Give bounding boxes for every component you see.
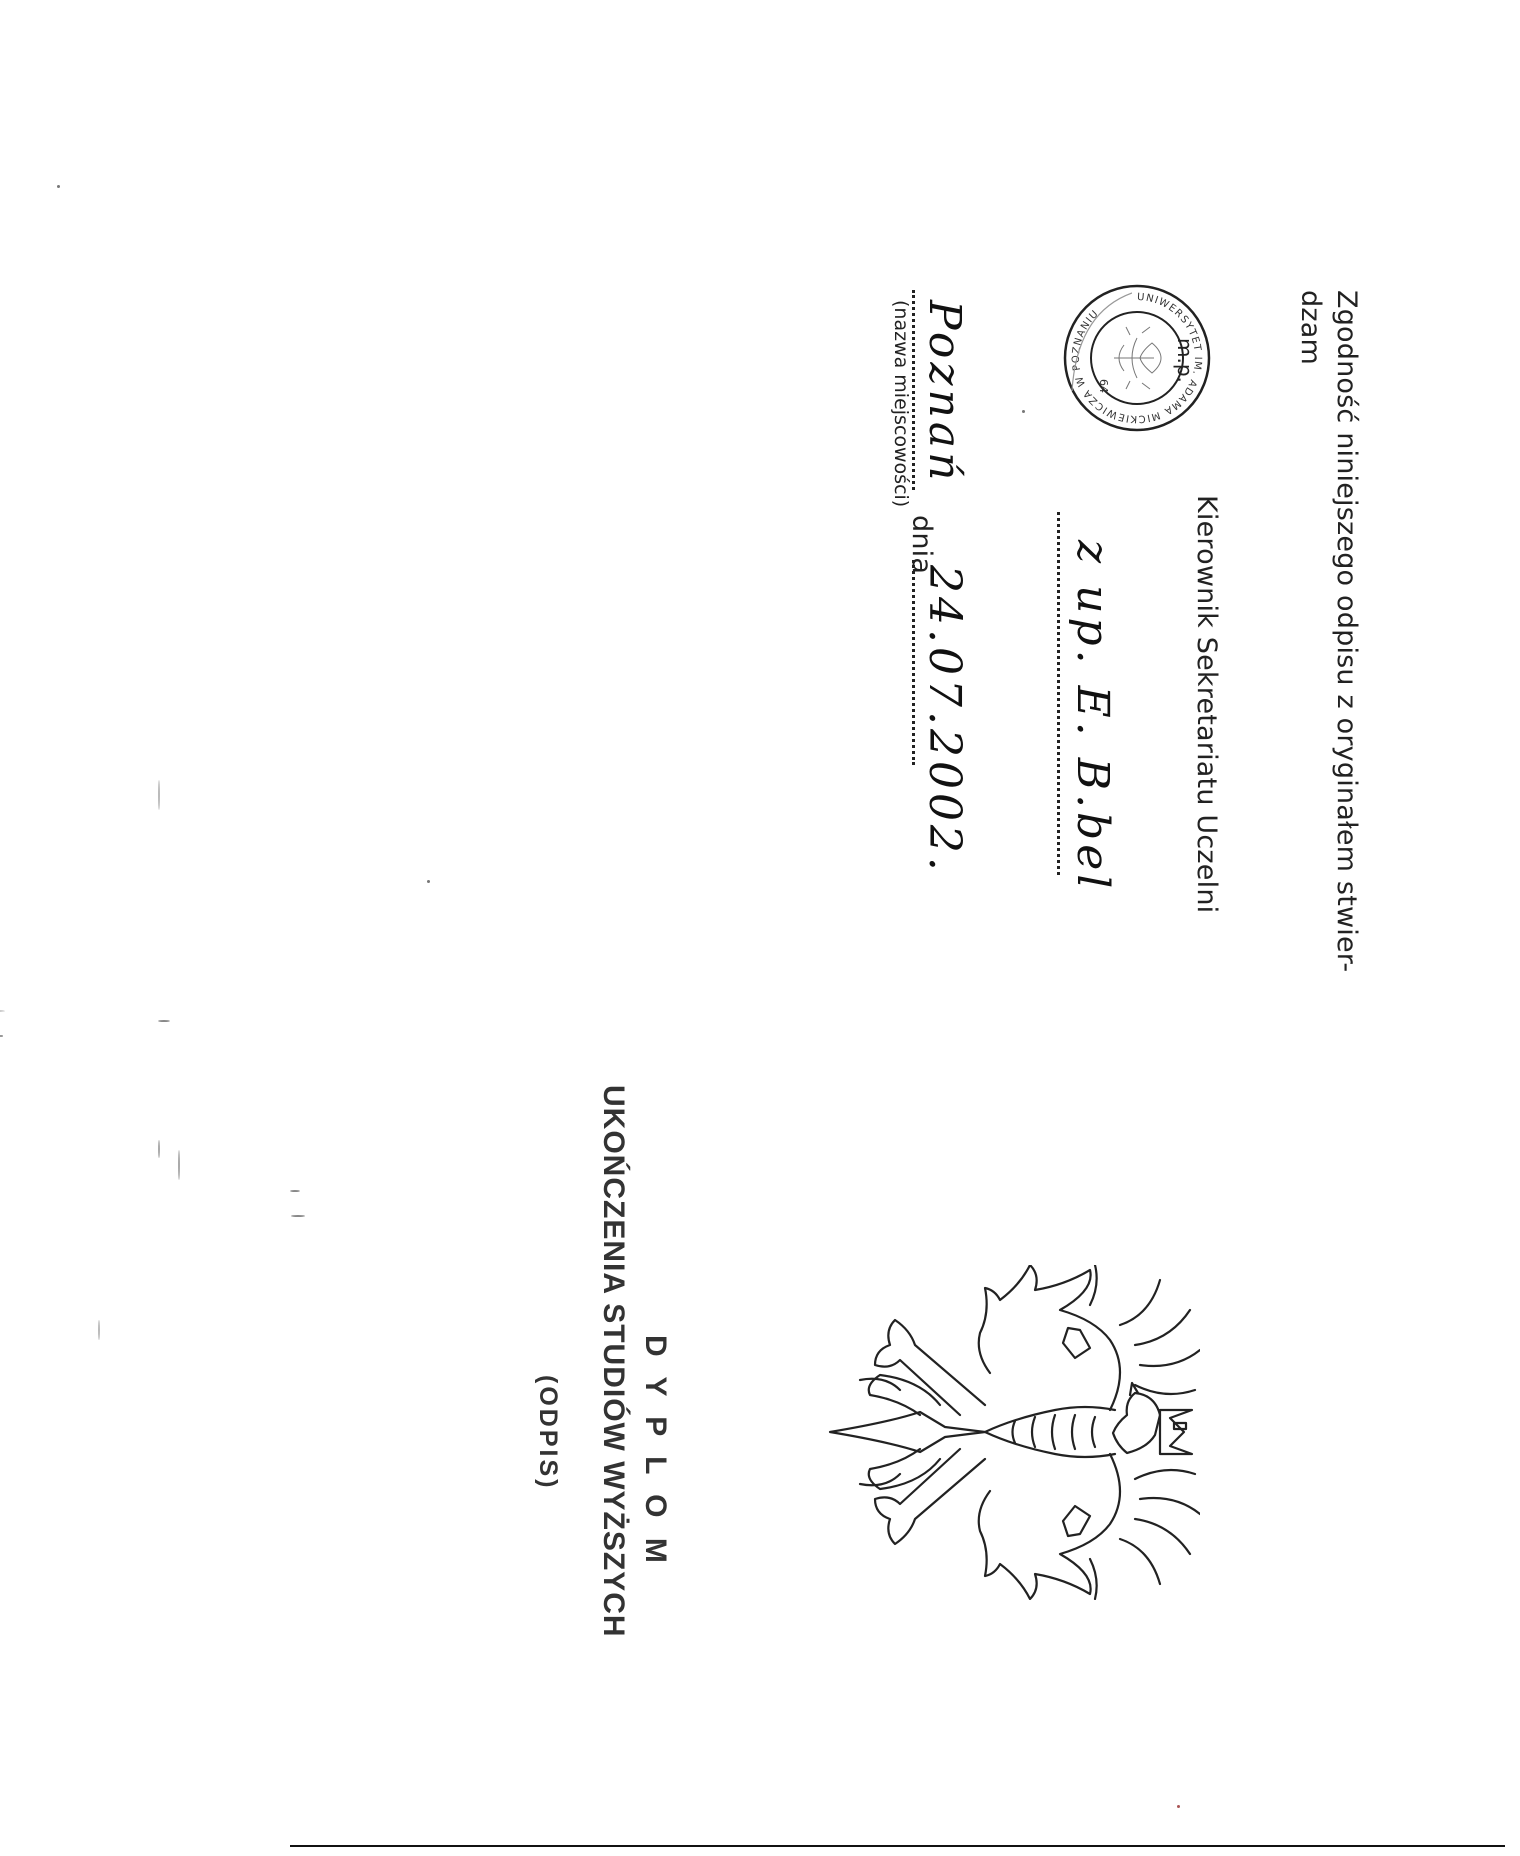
diploma-page: Zgodność niniejszego odpisu z oryginałem… xyxy=(0,0,1520,1856)
scan-mark xyxy=(0,1010,5,1012)
scan-mark xyxy=(178,1150,180,1180)
place-dotted-line xyxy=(912,290,915,490)
seal-connector-line xyxy=(1002,273,1132,393)
scan-mark xyxy=(291,1215,305,1217)
university-seal: UNIWERSYTET IM. ADAMA MICKIEWICZA W POZN… xyxy=(1062,283,1212,433)
eagle-emblem xyxy=(825,1265,1200,1600)
signature-handwriting: z up. E. B.bel xyxy=(1067,540,1118,892)
certification-line-1: Zgodność niniejszego odpisu z oryginałem… xyxy=(1331,290,1362,972)
scan-mark xyxy=(1177,1805,1180,1808)
scan-mark xyxy=(0,1035,3,1037)
scan-mark xyxy=(98,1320,100,1340)
page-edge-line xyxy=(290,1845,1505,1847)
diploma-subtitle: UKOŃCZENIA STUDIÓW WYŻSZYCH xyxy=(596,1085,630,1638)
scan-mark xyxy=(158,1020,170,1022)
place-caption: (nazwa miejscowości) xyxy=(890,300,912,507)
polish-eagle-icon xyxy=(825,1265,1200,1600)
scan-mark xyxy=(158,1140,160,1158)
place-handwriting: Poznań xyxy=(919,300,970,484)
diploma-copy-label: (ODPIS) xyxy=(533,1375,562,1490)
date-handwriting: 24.07.2002. xyxy=(919,565,970,875)
signature-dotted-line xyxy=(1057,512,1060,875)
scan-mark xyxy=(290,1190,300,1192)
scan-mark xyxy=(1022,410,1025,413)
date-dotted-line xyxy=(912,560,915,765)
scan-mark xyxy=(427,880,430,883)
diploma-title: D Y P L O M xyxy=(638,1335,672,1569)
scan-mark xyxy=(158,780,160,810)
scan-mark xyxy=(57,185,60,188)
certification-line-2: dzam xyxy=(1295,290,1326,365)
role-label: Kierownik Sekretariatu Uczelni xyxy=(1191,495,1222,913)
seal-mp-label: m.p. xyxy=(1173,338,1197,383)
